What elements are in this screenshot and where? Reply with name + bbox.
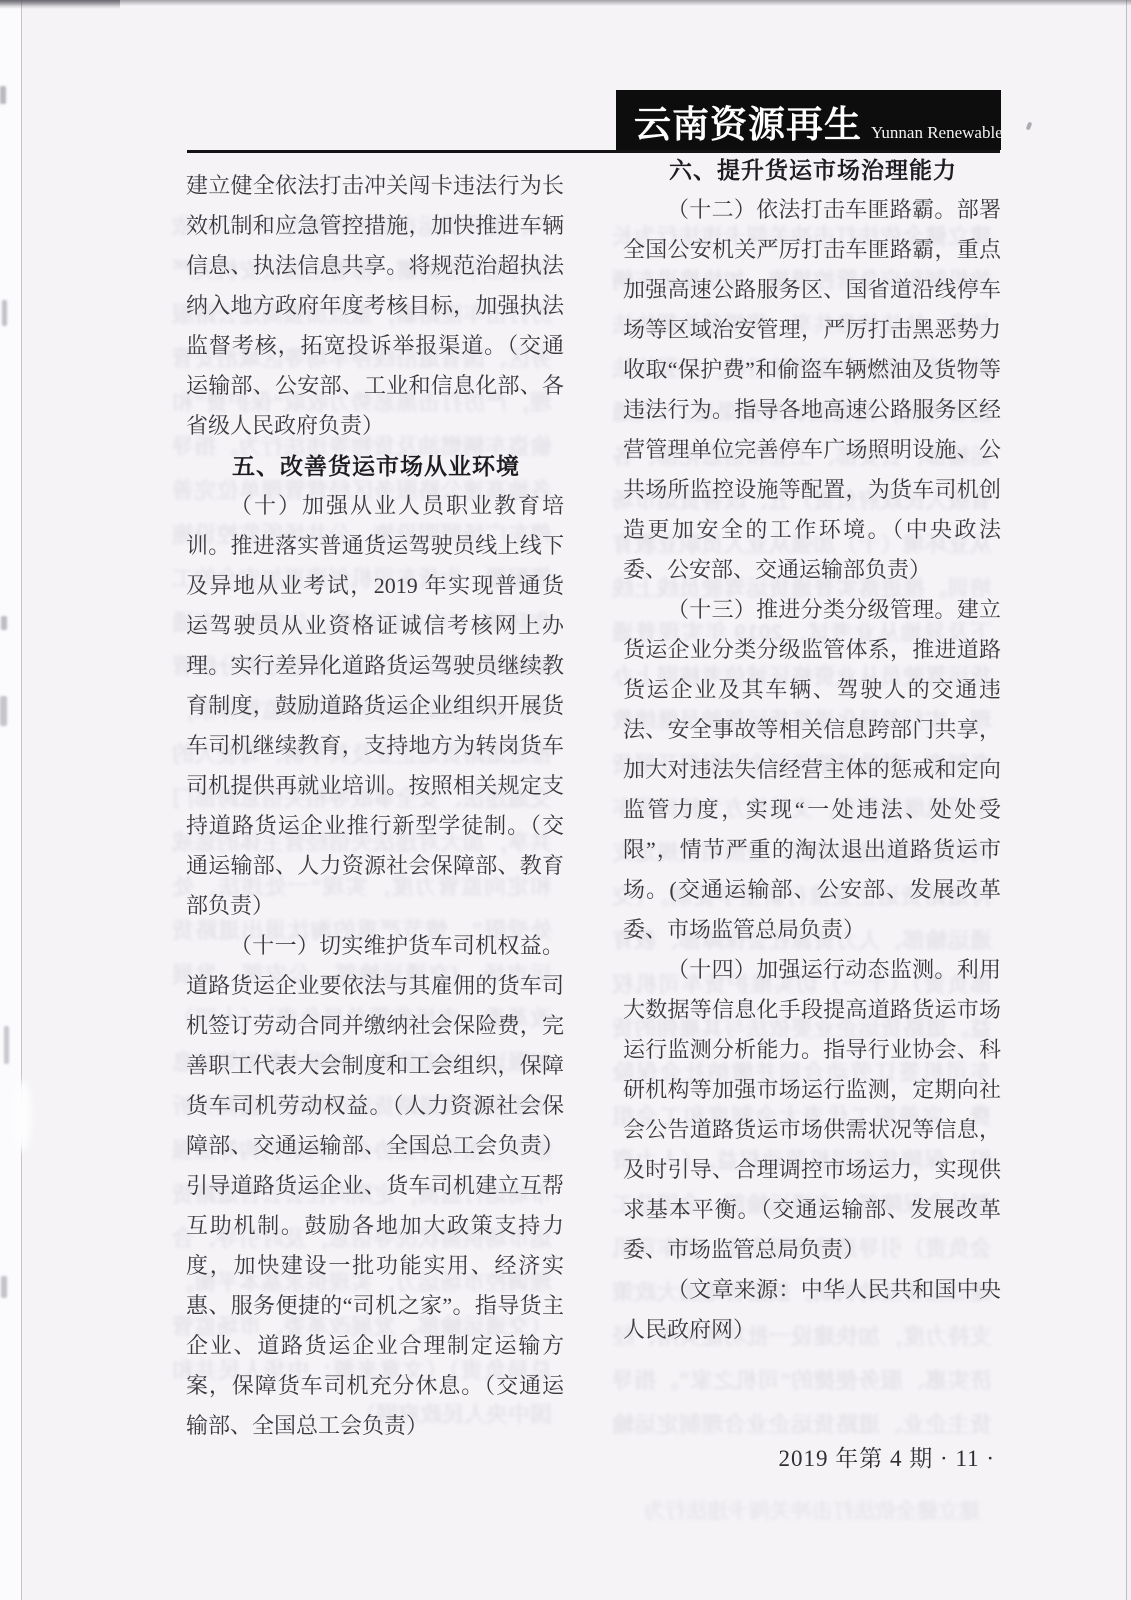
scan-speck [1026, 122, 1033, 131]
section-heading-6: 六、提升货运市场治理能力 [623, 150, 1001, 190]
journal-title-cn: 云南资源再生 [634, 106, 862, 143]
paragraph-item-11: （十一）切实维护货车司机权益。道路货运企业要依法与其雇佣的货车司机签订劳动合同并… [186, 926, 564, 1446]
paragraph-continued: 建立健全依法打击冲关闯卡违法行为长效机制和应急管控措施，加快推进车辆信息、执法信… [186, 166, 564, 446]
section-heading-5: 五、改善货运市场从业环境 [186, 446, 564, 486]
journal-header-banner: 云南资源再生 Yunnan Renewable Resources [616, 90, 1001, 150]
page-right-edge [1126, 0, 1131, 1600]
paragraph-item-14: （十四）加强运行动态监测。利用大数据等信息化手段提高道路货运市场运行监测分析能力… [623, 950, 1001, 1270]
paragraph-item-12: （十二）依法打击车匪路霸。部署全国公安机关严厉打击车匪路霸，重点加强高速公路服务… [623, 190, 1001, 590]
page-left-edge [0, 0, 22, 1600]
paragraph-item-13: （十三）推进分类分级管理。建立货运企业分类分级监管体系，推进道路货运企业及其车辆… [623, 590, 1001, 950]
scan-smudge [4, 1026, 9, 1064]
scan-smudge [0, 86, 6, 104]
bleed-through-texture: 建立健全依法打击冲关闯卡违法行为长效机制和应急管控措施，加快推进车辆信息、执法信… [640, 1490, 980, 1536]
paragraph-item-10: （十）加强从业人员职业教育培训。推进落实普通货运驾驶员线上线下及异地从业考试，2… [186, 486, 564, 926]
footer-issue-page-number: 2019 年第 4 期 · 11 · [779, 1440, 995, 1473]
journal-title-en: Yunnan Renewable Resources [871, 122, 1001, 143]
right-column: 六、提升货运市场治理能力 （十二）依法打击车匪路霸。部署全国公安机关严厉打击车匪… [623, 150, 1001, 1350]
scan-smudge [1, 616, 7, 630]
scan-smudge [2, 300, 7, 326]
paragraph-source: （文章来源：中华人民共和国中央人民政府网） [623, 1270, 1001, 1350]
scan-top-left-shadow [0, 0, 120, 9]
scan-smudge [1, 1276, 7, 1298]
scan-top-shadow [0, 0, 1131, 6]
left-column: 建立健全依法打击冲关闯卡违法行为长效机制和应急管控措施，加快推进车辆信息、执法信… [186, 166, 564, 1446]
scan-white-spot [13, 1080, 31, 1152]
scan-smudge [0, 696, 7, 726]
